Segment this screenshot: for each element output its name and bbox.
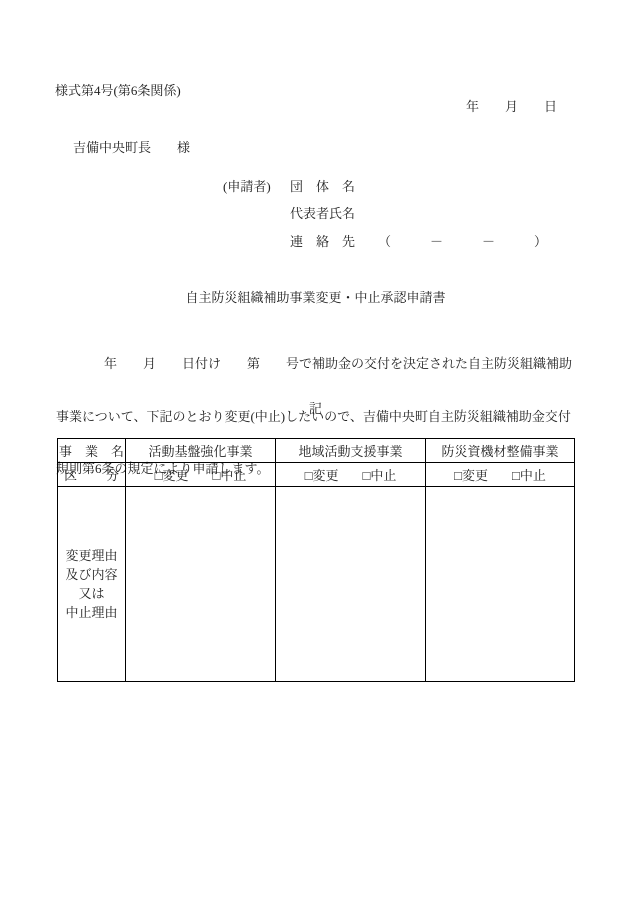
- cancel-option-label: 中止: [370, 468, 396, 483]
- reason-label-cell: 変更理由 及び内容 又は 中止理由: [58, 487, 126, 682]
- checkbox-unchecked-icon: □: [454, 468, 462, 483]
- table-header-row: 事 業 名 活動基盤強化事業 地域活動支援事業 防災資機材整備事業: [58, 439, 575, 463]
- applicant-contact-line: 連 絡 先（ － － ）: [290, 231, 547, 250]
- reason-label-line: 及び内容: [58, 565, 125, 584]
- cancel-option: □中止: [363, 465, 397, 484]
- category-label-cell: 区 分: [58, 463, 126, 487]
- applicant-org-name-label: 団 体 名: [290, 176, 355, 195]
- change-option: □変更: [305, 465, 339, 484]
- project-header-cell: 地域活動支援事業: [276, 439, 426, 463]
- form-number: 様式第4号(第6条関係): [55, 80, 181, 99]
- reason-entry-cell: [126, 487, 276, 682]
- reason-label-line: 又は: [58, 584, 125, 603]
- body-line: 年 月 日付け 第 号で補助金の交付を決定された自主防災組織補助: [56, 354, 576, 375]
- record-mark: 記: [57, 398, 574, 417]
- category-row: 区 分 □変更 □中止 □変更 □中止: [58, 463, 575, 487]
- category-checkbox-cell: □変更 □中止: [426, 463, 575, 487]
- document-page: 様式第4号(第6条関係) 年 月 日 吉備中央町長 様 (申請者) 団 体 名 …: [0, 0, 630, 903]
- document-title: 自主防災組織補助事業変更・中止承認申請書: [57, 287, 574, 306]
- project-name-header-cell: 事 業 名: [58, 439, 126, 463]
- reason-entry-cell: [426, 487, 575, 682]
- category-checkbox-cell: □変更 □中止: [276, 463, 426, 487]
- change-option: □変更: [454, 465, 488, 484]
- projects-table: 事 業 名 活動基盤強化事業 地域活動支援事業 防災資機材整備事業 区 分 □変…: [57, 438, 575, 682]
- project-header-cell: 防災資機材整備事業: [426, 439, 575, 463]
- cancel-option: □中止: [512, 465, 546, 484]
- reason-label-line: 変更理由: [58, 546, 125, 565]
- category-label-left: 区: [64, 465, 77, 484]
- change-option: □変更: [155, 465, 189, 484]
- change-option-label: 変更: [162, 468, 188, 483]
- category-checkbox-cell: □変更 □中止: [126, 463, 276, 487]
- reason-entry-cell: [276, 487, 426, 682]
- cancel-option: □中止: [213, 465, 247, 484]
- reason-row: 変更理由 及び内容 又は 中止理由: [58, 487, 575, 682]
- applicant-contact-label: 連 絡 先: [290, 234, 355, 249]
- date-line: 年 月 日: [466, 96, 557, 115]
- addressee-line: 吉備中央町長 様: [73, 137, 190, 156]
- change-option-label: 変更: [462, 468, 488, 483]
- applicant-representative-label: 代表者氏名: [290, 203, 355, 222]
- applicant-contact-blank: （ － － ）: [378, 234, 547, 249]
- project-header-cell: 活動基盤強化事業: [126, 439, 276, 463]
- change-option-label: 変更: [312, 468, 338, 483]
- reason-label-line: 中止理由: [58, 603, 125, 622]
- applicant-prefix-label: (申請者): [223, 176, 271, 195]
- category-label-right: 分: [106, 465, 119, 484]
- cancel-option-label: 中止: [520, 468, 546, 483]
- checkbox-unchecked-icon: □: [512, 468, 520, 483]
- cancel-option-label: 中止: [220, 468, 246, 483]
